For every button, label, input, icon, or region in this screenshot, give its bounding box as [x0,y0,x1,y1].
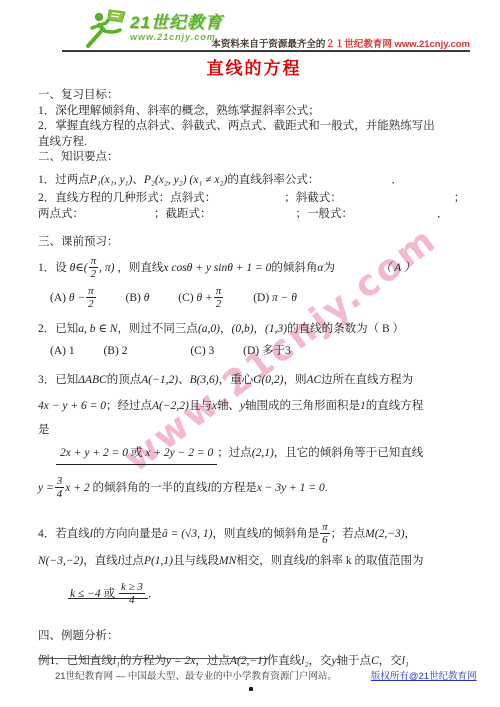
preview-question-4-answer: k ≤ −4 或 k ≥ 34． [38,579,470,609]
fraction-pi-over-6: π6 [319,522,331,545]
q1-domain: θ∈(π2, π) [70,262,115,274]
q3-answer-equation-2: 2x + y + 2 = 0 或 x + 2y − 2 = 0 [56,446,217,465]
logo-site-url: www.21cnjy.com [130,32,223,43]
footer-copyright-link[interactable]: 版权所有@21世纪教育网 [371,671,477,682]
q2-option-a: (A) 1 [50,344,75,360]
preview-question-1: 1．设 θ∈(π2, π) ，则直线x cosθ + y sinθ + 1 = … [38,253,470,283]
section-preview-heading: 三、课前预习： [38,235,470,251]
q1-option-a: (A) θ −π2 [50,283,97,313]
notice-brand: ２１世纪教育网 [325,39,392,50]
site-logo: 21世纪教育 www.21cnjy.com [84,8,223,50]
example-1: 例1．已知直线l₁的方程为y = 2x，过点A(2,−1)作直线l₂，交y轴于点… [38,654,470,670]
logo-title: 21世纪教育 [130,14,223,32]
preview-question-3-line5: y =34x + 2 的倾斜角的一半的直线l的方程是x − 3y + 1 = 0… [38,473,470,503]
fraction-pi-over-2: π2 [88,256,100,279]
point-p2-formula: P₂(x₂, y₂) (x₁ ≠ x₂) [144,174,227,186]
q1-option-d: (D) π − θ [253,283,297,313]
knowledge-item-2-line1: 2．直线方程的几种形式：点斜式：；斜截式：； [38,191,470,207]
header-divider [62,50,470,52]
review-item-2-line2: 直线方程. [38,135,470,151]
q3-answer-equation-1: 4x − y + 6 = 0 [38,400,106,412]
preview-question-3-line4: 2x + y + 2 = 0 或 x + 2y − 2 = 0；过点(2,1)，… [38,446,470,465]
direction-vector: ā = (√3, 1) [162,528,212,540]
page-marker-dot [249,687,253,691]
fraction-pi-over-2: π2 [213,286,225,309]
section-examples-heading: 四、例题分析： [38,629,470,645]
fraction-3-over-4: 34 [54,476,66,499]
preview-question-3-line1: 3．已知ΔABC的顶点A(−1,2)、B(3,6)，重心G(0,2)，则AC边所… [38,373,470,389]
preview-question-3-line2: 4x − y + 6 = 0；经过点A(−2,2)且与x轴、y轴围成的三角形面积… [38,399,470,415]
q4-struck-answer: k ≤ −4 或 k ≥ 34 [68,579,148,609]
q2-answer: 的直线的条数为（ B ） [287,323,404,335]
q3-answer-equation-3: x − 3y + 1 = 0 [257,482,325,494]
header-notice: 本资料来自于资源最齐全的２１世纪教育网 www.21cnjy.com [211,36,470,50]
section-review-heading: 一、复习目标： [38,88,470,104]
footer-divider [38,658,268,659]
page-footer: 21世纪教育网 — 中国最大型、最专业的中小学教育资源门户网站。版权所有@21世… [55,668,475,682]
q2-option-c: (C) 3 [190,344,214,360]
review-item-2-line1: 2．掌握直线方程的点斜式、斜截式、两点式、截距式和一般式，并能熟练写出 [38,119,470,135]
page-title: 直线的方程 [38,58,470,80]
footer-info: 21世纪教育网 — 中国最大型、最专业的中小学教育资源门户网站。 [55,671,337,682]
runner-logo-icon [84,8,128,50]
q2-option-d: (D) 多于3 [243,344,291,360]
notice-prefix: 本资料来自于资源最齐全的 [211,39,325,50]
page-header: 21世纪教育 www.21cnjy.com 本资料来自于资源最齐全的２１世纪教育… [0,0,500,53]
preview-question-3-line3: 是 [38,423,470,439]
knowledge-item-1: 1．过两点P₁(x₁, y₁)、P₂(x₂, y₂) (x₁ ≠ x₂)的直线斜… [38,173,470,189]
q1-line-equation: x cosθ + y sinθ + 1 = 0 [163,262,271,274]
q1-answer: （ A ） [380,262,416,274]
q1-option-c: (C) θ +π2 [178,283,224,313]
q2-options: (A) 1 (B) 2 (C) 3 (D) 多于3 [38,344,470,360]
knowledge-item-2-line2: 两点式：；截距式：；一般式：． [38,207,470,223]
q1-options: (A) θ −π2 (B) θ (C) θ +π2 (D) π − θ [38,283,470,313]
fraction-pi-over-2: π2 [85,286,97,309]
notice-site-url: www.21cnjy.com [392,39,470,50]
preview-question-4-line2: N(−3,−2)，直线l过点P(1,1)且与线段MN相交，则直线l的斜率 k 的… [38,554,470,570]
section-knowledge-heading: 二、知识要点： [38,150,470,166]
preview-question-4-line1: 4．若直线l的方向向量是ā = (√3, 1)，则直线l的倾斜角是π6；若点M(… [38,519,470,549]
preview-question-2: 2．已知a, b ∈ N，则过不同三点(a,0)，(0,b)，(1,3)的直线的… [38,322,470,338]
review-item-1: 1．深化理解倾斜角、斜率的概念，熟练掌握斜率公式； [38,104,470,120]
q2-option-b: (B) 2 [103,344,127,360]
q1-option-b: (B) θ [126,283,150,313]
document-body: 直线的方程 一、复习目标： 1．深化理解倾斜角、斜率的概念，熟练掌握斜率公式； … [38,58,470,669]
fraction-k-ge-3-over-4: k ≥ 34 [118,582,146,605]
point-p1-formula: P₁(x₁, y₁) [90,174,133,186]
